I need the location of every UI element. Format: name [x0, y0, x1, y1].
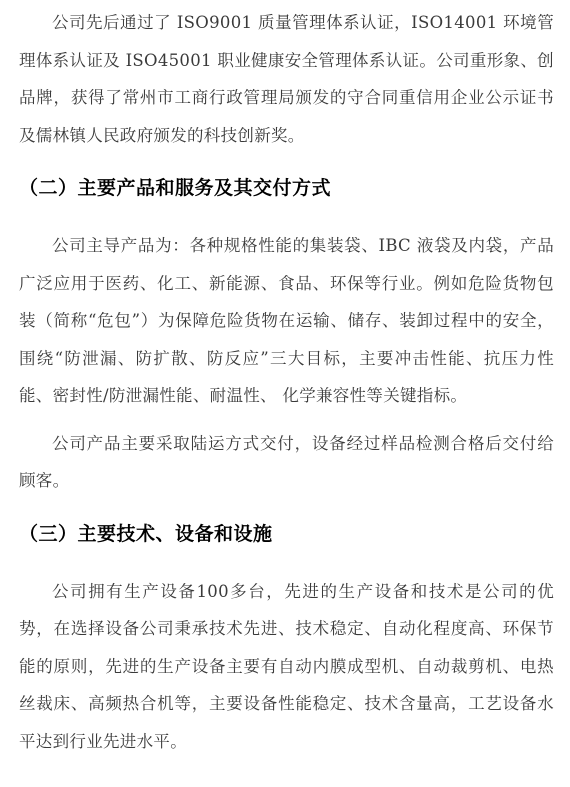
- paragraph-delivery-method: 公司产品主要采取陆运方式交付，设备经过样品检测合格后交付给顾客。: [19, 425, 554, 500]
- document-page: 公司先后通过了 ISO9001 质量管理体系认证，ISO14001 环境管理体系…: [0, 0, 570, 787]
- paragraph-certifications: 公司先后通过了 ISO9001 质量管理体系认证，ISO14001 环境管理体系…: [19, 4, 554, 154]
- heading-section-2-products-services: （二）主要产品和服务及其交付方式: [19, 174, 554, 202]
- heading-section-3-technology-equipment: （三）主要技术、设备和设施: [19, 520, 554, 548]
- paragraph-main-products: 公司主导产品为：各种规格性能的集装袋、IBC 液袋及内袋，产品广泛应用于医药、化…: [19, 227, 554, 415]
- paragraph-production-equipment: 公司拥有生产设备100多台，先进的生产设备和技术是公司的优势，在选择设备公司秉承…: [19, 573, 554, 761]
